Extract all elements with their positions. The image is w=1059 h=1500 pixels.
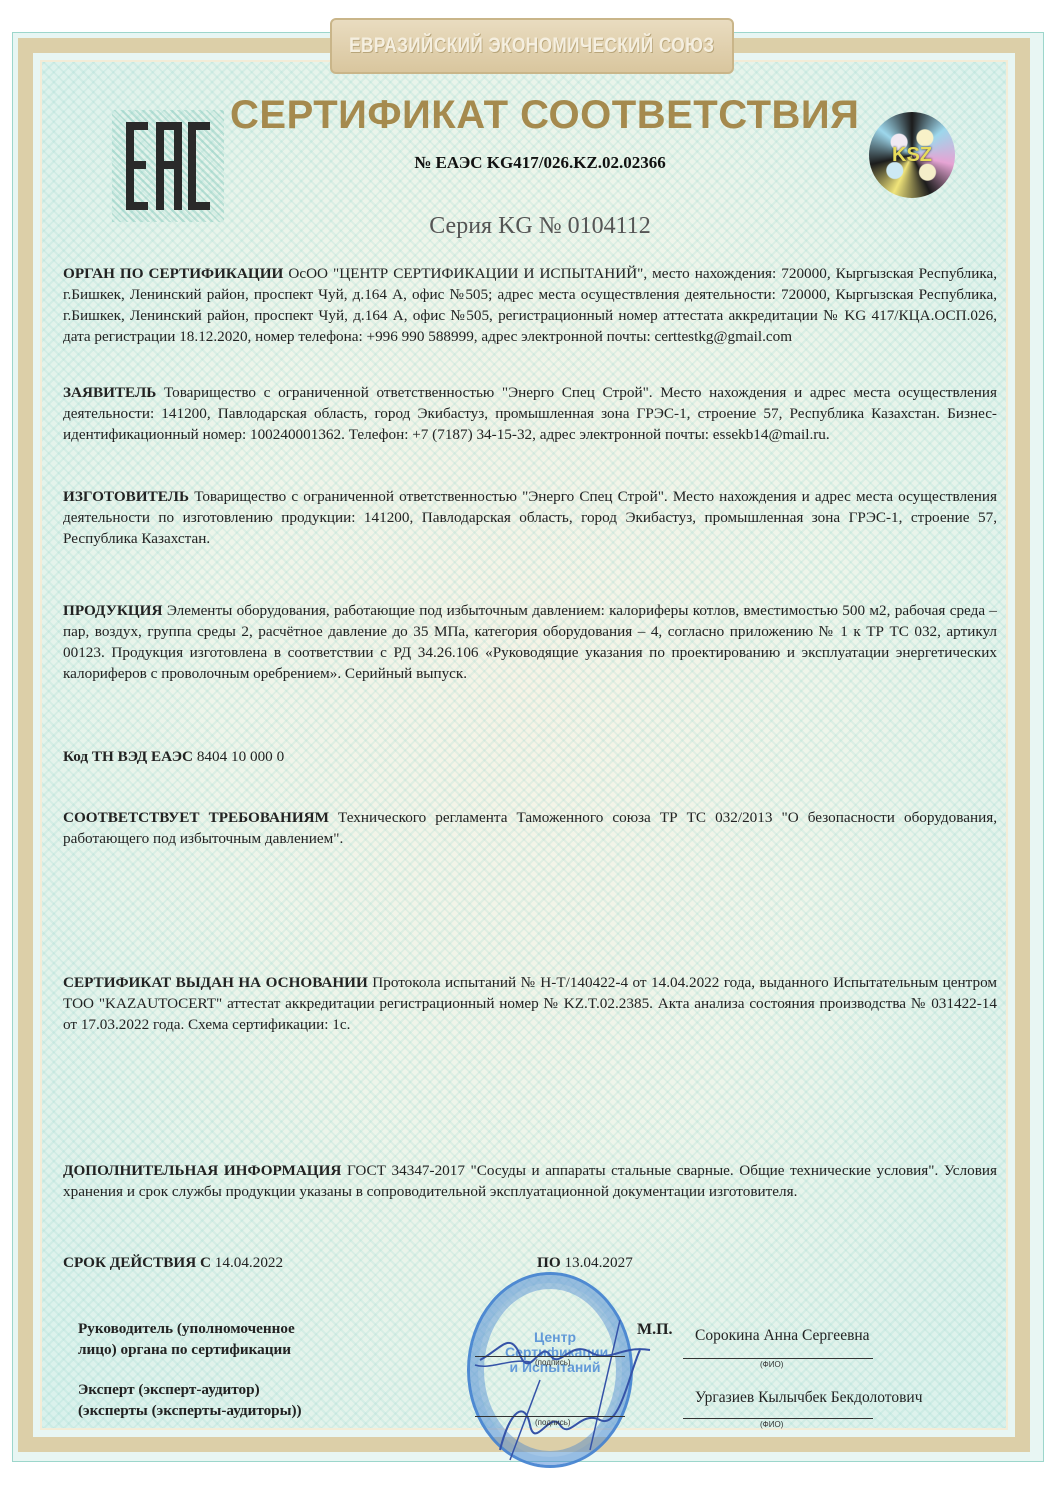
section-certification-body: ОРГАН ПО СЕРТИФИКАЦИИ ОсОО "ЦЕНТР СЕРТИФ… xyxy=(63,263,997,347)
label-line: (эксперты (эксперты-аудиторы)) xyxy=(78,1400,302,1421)
eac-logo-icon xyxy=(112,110,224,222)
seal-place-label: М.П. xyxy=(637,1321,673,1339)
expert-signature-caption: (подпись) xyxy=(535,1418,571,1427)
section-manufacturer: ИЗГОТОВИТЕЛЬ Товарищество с ограниченной… xyxy=(63,486,997,549)
validity-to-label: ПО xyxy=(537,1254,561,1271)
section-label: ИЗГОТОВИТЕЛЬ xyxy=(63,488,189,505)
section-label: СООТВЕТСТВУЕТ ТРЕБОВАНИЯМ xyxy=(63,809,329,826)
section-product: ПРОДУКЦИЯ Элементы оборудования, работаю… xyxy=(63,600,997,684)
expert-signatory-label: Эксперт (эксперт-аудитор) (эксперты (экс… xyxy=(78,1379,302,1421)
eeu-banner: ЕВРАЗИЙСКИЙ ЭКОНОМИЧЕСКИЙ СОЮЗ xyxy=(330,18,734,74)
hologram-sticker-icon: KSZ xyxy=(869,112,955,198)
head-signer-name: Сорокина Анна Сергеевна xyxy=(695,1327,870,1345)
label-line: Эксперт (эксперт-аудитор) xyxy=(78,1379,302,1400)
validity-from-label: СРОК ДЕЙСТВИЯ С xyxy=(63,1254,211,1271)
section-label: Код ТН ВЭД ЕАЭС xyxy=(63,748,193,765)
certificate-series: Серия KG № 0104112 xyxy=(330,213,750,240)
section-label: СЕРТИФИКАТ ВЫДАН НА ОСНОВАНИИ xyxy=(63,974,368,991)
validity-from-date: 14.04.2022 xyxy=(215,1254,283,1271)
validity-from: СРОК ДЕЙСТВИЯ С 14.04.2022 xyxy=(63,1254,283,1272)
section-text: 8404 10 000 0 xyxy=(197,748,284,765)
certificate-title: СЕРТИФИКАТ СООТВЕТСТВИЯ xyxy=(230,93,840,138)
section-text: Товарищество с ограниченной ответственно… xyxy=(63,488,997,547)
head-signature-caption: (подпись) xyxy=(535,1358,571,1367)
section-compliance: СООТВЕТСТВУЕТ ТРЕБОВАНИЯМ Технического р… xyxy=(63,807,997,849)
head-signatory-label: Руководитель (уполномоченное лицо) орган… xyxy=(78,1318,295,1360)
validity-to-date: 13.04.2027 xyxy=(564,1254,632,1271)
banner-text: ЕВРАЗИЙСКИЙ ЭКОНОМИЧЕСКИЙ СОЮЗ xyxy=(349,34,714,58)
certificate-number: № ЕАЭС KG417/026.KZ.02.02366 xyxy=(330,153,750,173)
section-label: ПРОДУКЦИЯ xyxy=(63,602,162,619)
expert-signature-line xyxy=(475,1416,625,1417)
section-additional-info: ДОПОЛНИТЕЛЬНАЯ ИНФОРМАЦИЯ ГОСТ 34347-201… xyxy=(63,1160,997,1202)
expert-name-line xyxy=(683,1418,873,1419)
head-name-caption: (ФИО) xyxy=(760,1360,783,1369)
label-line: Руководитель (уполномоченное xyxy=(78,1318,295,1339)
section-issued-basis: СЕРТИФИКАТ ВЫДАН НА ОСНОВАНИИ Протокола … xyxy=(63,972,997,1035)
validity-to: ПО 13.04.2027 xyxy=(537,1254,633,1272)
section-applicant: ЗАЯВИТЕЛЬ Товарищество с ограниченной от… xyxy=(63,382,997,445)
expert-signer-name: Ургазиев Кылычбек Бекдолотович xyxy=(695,1389,923,1407)
head-name-line xyxy=(683,1358,873,1359)
head-signature-line xyxy=(475,1356,625,1357)
section-text: Элементы оборудования, работающие под из… xyxy=(63,602,997,682)
expert-name-caption: (ФИО) xyxy=(760,1420,783,1429)
hologram-text: KSZ xyxy=(892,144,932,167)
section-label: ДОПОЛНИТЕЛЬНАЯ ИНФОРМАЦИЯ xyxy=(63,1162,341,1179)
label-line: лицо) органа по сертификации xyxy=(78,1339,295,1360)
section-text: Товарищество с ограниченной ответственно… xyxy=(63,384,997,443)
section-hs-code: Код ТН ВЭД ЕАЭС 8404 10 000 0 xyxy=(63,746,997,767)
section-label: ЗАЯВИТЕЛЬ xyxy=(63,384,156,401)
section-label: ОРГАН ПО СЕРТИФИКАЦИИ xyxy=(63,265,283,282)
